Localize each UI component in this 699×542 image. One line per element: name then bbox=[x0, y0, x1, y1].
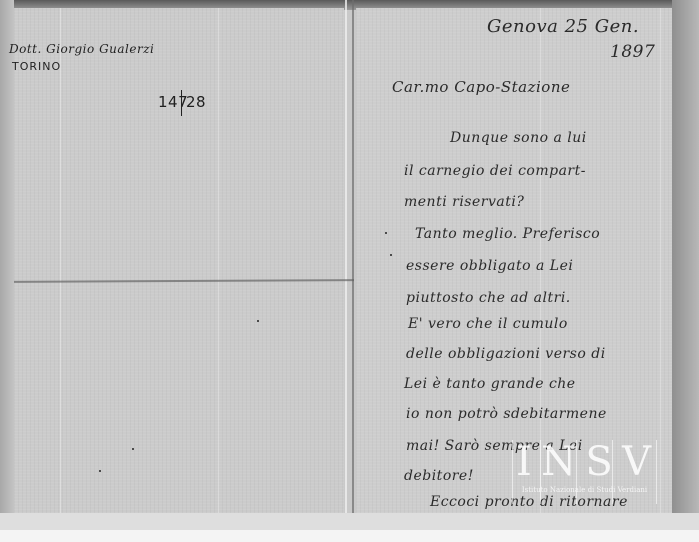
scan-left-edge bbox=[0, 0, 14, 530]
paper-speck bbox=[257, 320, 259, 322]
insv-watermark: I N S V Istituto Nazionale di Studi Verd… bbox=[512, 440, 657, 512]
watermark-divider bbox=[612, 440, 613, 504]
paper-crease bbox=[60, 8, 61, 513]
letter-line: Lei è tanto grande che bbox=[404, 376, 576, 392]
watermark-letter: V bbox=[622, 440, 653, 484]
letter-line: io non potrò sdebitarmene bbox=[406, 406, 607, 422]
paper-speck bbox=[132, 448, 134, 450]
watermark-subtitle: Istituto Nazionale di Studi Verdiani bbox=[512, 486, 657, 494]
center-fold-highlight bbox=[345, 0, 347, 530]
letter-line: essere obbligato a Lei bbox=[406, 258, 573, 274]
archive-number-left: 147 bbox=[158, 93, 188, 111]
archive-number-right: 28 bbox=[186, 93, 206, 111]
watermark-letter: S bbox=[585, 440, 614, 484]
letter-line: debitore! bbox=[404, 468, 474, 484]
paper-speck bbox=[385, 232, 387, 234]
watermark-divider bbox=[512, 440, 513, 504]
watermark-divider bbox=[540, 440, 541, 504]
left-page bbox=[14, 8, 344, 513]
letter-salutation: Car.mo Capo-Stazione bbox=[392, 78, 570, 96]
archive-number-divider bbox=[181, 90, 182, 116]
letter-line: delle obbligazioni verso di bbox=[406, 346, 606, 362]
paper-crease bbox=[218, 8, 219, 513]
address-city: TORINO bbox=[12, 60, 61, 73]
letter-line: il carnegio dei compart- bbox=[404, 163, 586, 179]
scan-right-edge bbox=[672, 0, 699, 530]
paper-speck bbox=[99, 470, 101, 472]
watermark-letter: N bbox=[541, 440, 578, 484]
letter-place-date: Genova 25 Gen. bbox=[487, 16, 639, 37]
letter-line: piuttosto che ad altri. bbox=[406, 290, 571, 306]
address-recipient: Dott. Giorgio Gualerzi bbox=[9, 42, 154, 56]
scan-bottom-band bbox=[0, 513, 699, 530]
paper-crease bbox=[660, 8, 661, 513]
scanned-letter: Dott. Giorgio Gualerzi TORINO 147 28 Gen… bbox=[0, 0, 699, 530]
paper-speck bbox=[390, 254, 392, 256]
watermark-letter: I bbox=[516, 440, 534, 484]
center-fold-line bbox=[352, 0, 354, 530]
letter-line: Dunque sono a lui bbox=[450, 130, 587, 146]
letter-year: 1897 bbox=[610, 42, 655, 62]
watermark-letters: I N S V bbox=[512, 440, 657, 484]
watermark-divider bbox=[656, 440, 657, 504]
letter-line: E' vero che il cumulo bbox=[408, 316, 568, 332]
letter-line: Tanto meglio. Preferisco bbox=[415, 226, 600, 242]
watermark-divider bbox=[576, 440, 577, 504]
letter-line: menti riservati? bbox=[404, 194, 524, 210]
